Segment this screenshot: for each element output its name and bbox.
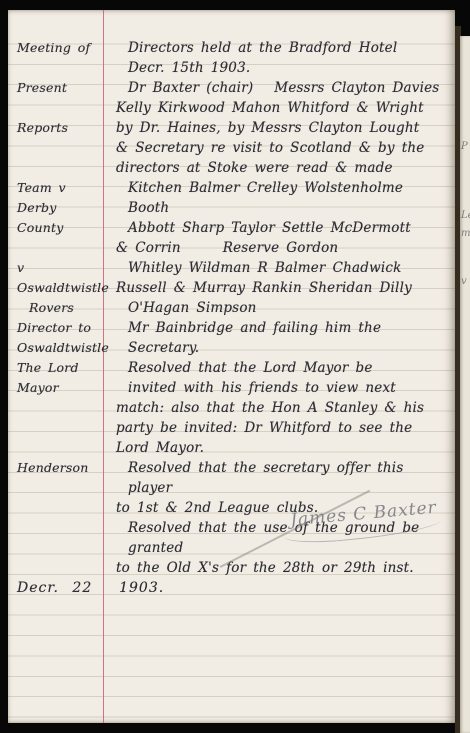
photograph-background: Meeting of Directors held at the Bradfor… bbox=[0, 0, 470, 733]
manuscript-line: match: also that the Hon A Stanley & his bbox=[116, 398, 447, 418]
margin-label: Derby County bbox=[17, 198, 104, 238]
margin-label: Rovers bbox=[17, 298, 104, 318]
manuscript-line: Russell & Murray Rankin Sheridan Dilly bbox=[116, 278, 447, 298]
manuscript-line: invited with his friends to view next bbox=[116, 378, 447, 398]
margin-label: Team v bbox=[17, 178, 104, 198]
manuscript-line: Mr Bainbridge and failing him the bbox=[116, 318, 447, 338]
manuscript-line: party be invited: Dr Whitford to see the bbox=[116, 418, 447, 438]
manuscript-line: directors at Stoke were read & made bbox=[116, 158, 447, 178]
minute-entry: Meeting of Directors held at the Bradfor… bbox=[8, 38, 449, 78]
manuscript-line: Directors held at the Bradford Hotel bbox=[116, 38, 447, 58]
minute-entry: Reports by Dr. Haines, by Messrs Clayton… bbox=[8, 118, 449, 178]
manuscript-line: Resolved that the secretary offer this p… bbox=[116, 458, 447, 498]
manuscript-line: & Corrin Reserve Gordon bbox=[116, 238, 447, 258]
next-page-edge: P Le m v bbox=[460, 36, 470, 733]
margin-label: Present bbox=[17, 78, 104, 98]
next-page-text-fragment: Le bbox=[461, 210, 470, 221]
manuscript-line: Kelly Kirkwood Mahon Whitford & Wright bbox=[116, 98, 447, 118]
manuscript-line: & Secretary re visit to Scotland & by th… bbox=[116, 138, 447, 158]
margin-label: Oswaldtwistle bbox=[17, 338, 104, 358]
next-page-text-fragment: P bbox=[461, 141, 468, 152]
manuscript-line: Decr. 15th 1903. bbox=[116, 58, 447, 78]
minute-entry: Team v Derby County Kitchen Balmer Crell… bbox=[8, 178, 449, 258]
manuscript-line: Resolved that the Lord Mayor be bbox=[116, 358, 447, 378]
manuscript-line: O'Hagan Simpson bbox=[116, 298, 447, 318]
manuscript-line: Abbott Sharp Taylor Settle McDermott bbox=[116, 218, 447, 238]
margin-label: The Lord Mayor bbox=[17, 358, 104, 398]
manuscript-line: Dr Baxter (chair) Messrs Clayton Davies bbox=[116, 78, 447, 98]
manuscript-line: Whitley Wildman R Balmer Chadwick bbox=[116, 258, 447, 278]
date-label: Decr. 22 1903. bbox=[8, 578, 164, 598]
margin-label: v Oswaldtwistle bbox=[17, 258, 104, 298]
minute-entry: The Lord Mayor Resolved that the Lord Ma… bbox=[8, 358, 449, 458]
ledger-page: Meeting of Directors held at the Bradfor… bbox=[8, 10, 455, 723]
date-entry: Decr. 22 1903. bbox=[8, 578, 449, 598]
margin-label: Meeting of bbox=[17, 38, 104, 58]
margin-label: Director to bbox=[17, 318, 104, 338]
minute-entry: Director to Oswaldtwistle Mr Bainbridge … bbox=[8, 318, 449, 358]
manuscript-line: to the Old X's for the 28th or 29th inst… bbox=[116, 558, 447, 578]
minute-entry: v Oswaldtwistle Rovers Whitley Wildman R… bbox=[8, 258, 449, 318]
manuscript-line: by Dr. Haines, by Messrs Clayton Lought bbox=[116, 118, 447, 138]
next-page-text-fragment: m bbox=[461, 228, 470, 239]
manuscript-line: Secretary. bbox=[116, 338, 447, 358]
minute-entry: Present Dr Baxter (chair) Messrs Clayton… bbox=[8, 78, 449, 118]
margin-label: Henderson bbox=[17, 458, 104, 478]
margin-label: Reports bbox=[17, 118, 104, 138]
manuscript-line: Lord Mayor. bbox=[116, 438, 447, 458]
next-page-text-fragment: v bbox=[461, 276, 467, 287]
manuscript-line: Kitchen Balmer Crelley Wolstenholme Boot… bbox=[116, 178, 447, 218]
